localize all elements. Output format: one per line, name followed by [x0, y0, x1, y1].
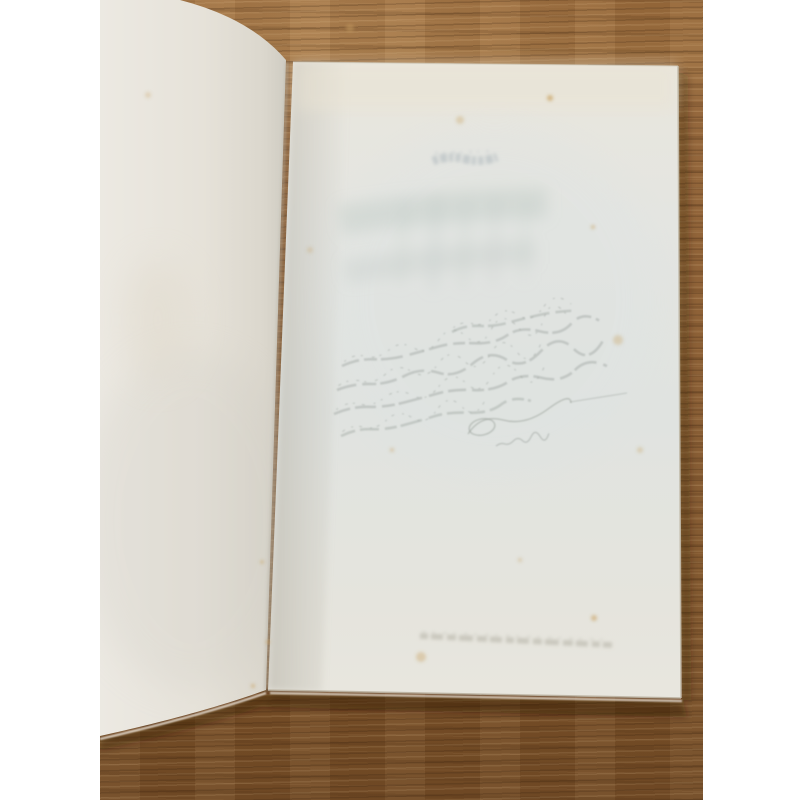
right-page-cool-tint: [330, 125, 660, 475]
photo-canvas: [0, 0, 800, 800]
right-page-top-warmth: [296, 63, 676, 111]
left-page-stain: [124, 258, 192, 382]
open-book: [100, 0, 703, 800]
book-photo: [100, 0, 703, 800]
